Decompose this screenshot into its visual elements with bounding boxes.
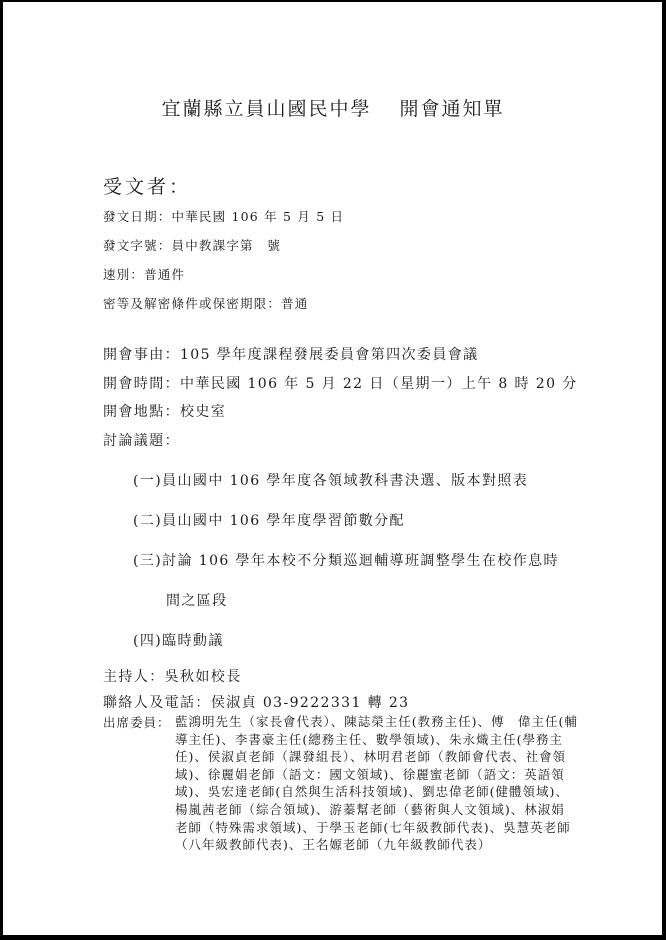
attendees-list: 藍鴻明先生（家長會代表）、陳誌榮主任(教務主任)、傅 偉主任(輔 導主任)、李書…	[175, 713, 595, 854]
recipient-label: 受文者：	[103, 172, 191, 199]
field-label: 開會地點：	[103, 404, 180, 420]
confidentiality: 密等及解密條件或保密期限：普通	[103, 294, 309, 312]
topic-text: 討論 106 學年本校不分類巡迴輔導班調整學生在校作息時	[162, 553, 559, 569]
topic-item: (二)員山國中 106 學年度學習節數分配	[133, 510, 405, 530]
field-value: 普通	[281, 296, 308, 311]
form-name: 開會通知單	[400, 98, 505, 120]
topic-item: (三)討論 106 學年本校不分類巡迴輔導班調整學生在校作息時	[133, 550, 559, 570]
field-label: 發文日期：	[103, 209, 172, 224]
attendees-line: 任)、侯淑貞老師（課發組長）、林明君老師（教師會代表、社會領	[175, 748, 595, 766]
meeting-time: 開會時間：中華民國 106 年 5 月 22 日（星期一）上午 8 時 20 分	[103, 373, 578, 393]
attendees-line: 導主任)、李書豪主任(總務主任、數學領域)、朱永熾主任(學務主	[175, 731, 595, 749]
topic-number: (二)	[133, 513, 162, 529]
attendees-line: 藍鴻明先生（家長會代表）、陳誌榮主任(教務主任)、傅 偉主任(輔	[175, 713, 595, 731]
field-label: 聯絡人及電話：	[103, 695, 211, 711]
speed-class: 速別：普通件	[103, 265, 185, 283]
field-value: 校史室	[180, 404, 226, 420]
field-value: 中華民國 106 年 5 月 22 日（星期一）上午 8 時 20 分	[180, 376, 578, 392]
field-label: 開會時間：	[103, 376, 180, 392]
field-label: 發文字號：	[103, 238, 172, 253]
topic-text: 員山國中 106 學年度各領域教科書決選、版本對照表	[162, 473, 528, 489]
field-label: 密等及解密條件或保密期限：	[103, 296, 281, 311]
attendees-line: 老師（特殊需求領域)、于學玉老師(七年級教師代表)、吳慧英老師	[175, 819, 595, 837]
topic-number: (三)	[133, 553, 162, 569]
contact-info: 聯絡人及電話：侯淑貞 03-9222331 轉 23	[103, 692, 409, 712]
attendees-line: 楊嵐茜老師（綜合領域)、游蓁幫老師（藝術與人文領域)、林淑娟	[175, 801, 595, 819]
meeting-reason: 開會事由：105 學年度課程發展委員會第四次委員會議	[103, 344, 479, 364]
attendees-line: （八年級教師代表)、王名嫄老師（九年級教師代表）	[175, 836, 595, 854]
field-label: 開會事由：	[103, 347, 180, 363]
topics-label: 討論議題：	[103, 430, 180, 450]
field-value: 普通件	[144, 267, 185, 282]
school-name: 宜蘭縣立員山國民中學	[161, 98, 371, 120]
topic-continuation: 間之區段	[166, 590, 228, 610]
topic-item: (四)臨時動議	[133, 630, 224, 650]
field-value: 105 學年度課程發展委員會第四次委員會議	[180, 347, 479, 363]
document-title: 宜蘭縣立員山國民中學開會通知單	[0, 94, 666, 121]
issue-date: 發文日期：中華民國 106 年 5 月 5 日	[103, 207, 344, 225]
topic-number: (一)	[133, 473, 162, 489]
chairperson: 主持人：吳秋如校長	[103, 666, 242, 686]
field-value: 員中教課字第 號	[172, 238, 282, 253]
field-value: 吳秋如校長	[165, 669, 242, 685]
issue-number: 發文字號：員中教課字第 號	[103, 236, 281, 254]
topic-text: 員山國中 106 學年度學習節數分配	[162, 513, 405, 529]
field-label: 速別：	[103, 267, 144, 282]
field-value: 中華民國 106 年 5 月 5 日	[172, 209, 345, 224]
attendees-line: 域)、吳宏達老師(自然與生活科技領域)、劉忠偉老師(健體領域)、	[175, 783, 595, 801]
field-value: 侯淑貞 03-9222331 轉 23	[211, 695, 410, 711]
attendees-line: 域)、徐麗娟老師（語文：國文領域)、徐麗蜜老師（語文：英語領	[175, 766, 595, 784]
field-label: 主持人：	[103, 669, 165, 685]
attendees-label: 出席委員：	[103, 713, 171, 731]
topic-number: (四)	[133, 633, 162, 649]
meeting-place: 開會地點：校史室	[103, 401, 226, 421]
topic-text: 臨時動議	[162, 633, 224, 649]
topic-item: (一)員山國中 106 學年度各領域教科書決選、版本對照表	[133, 470, 528, 490]
